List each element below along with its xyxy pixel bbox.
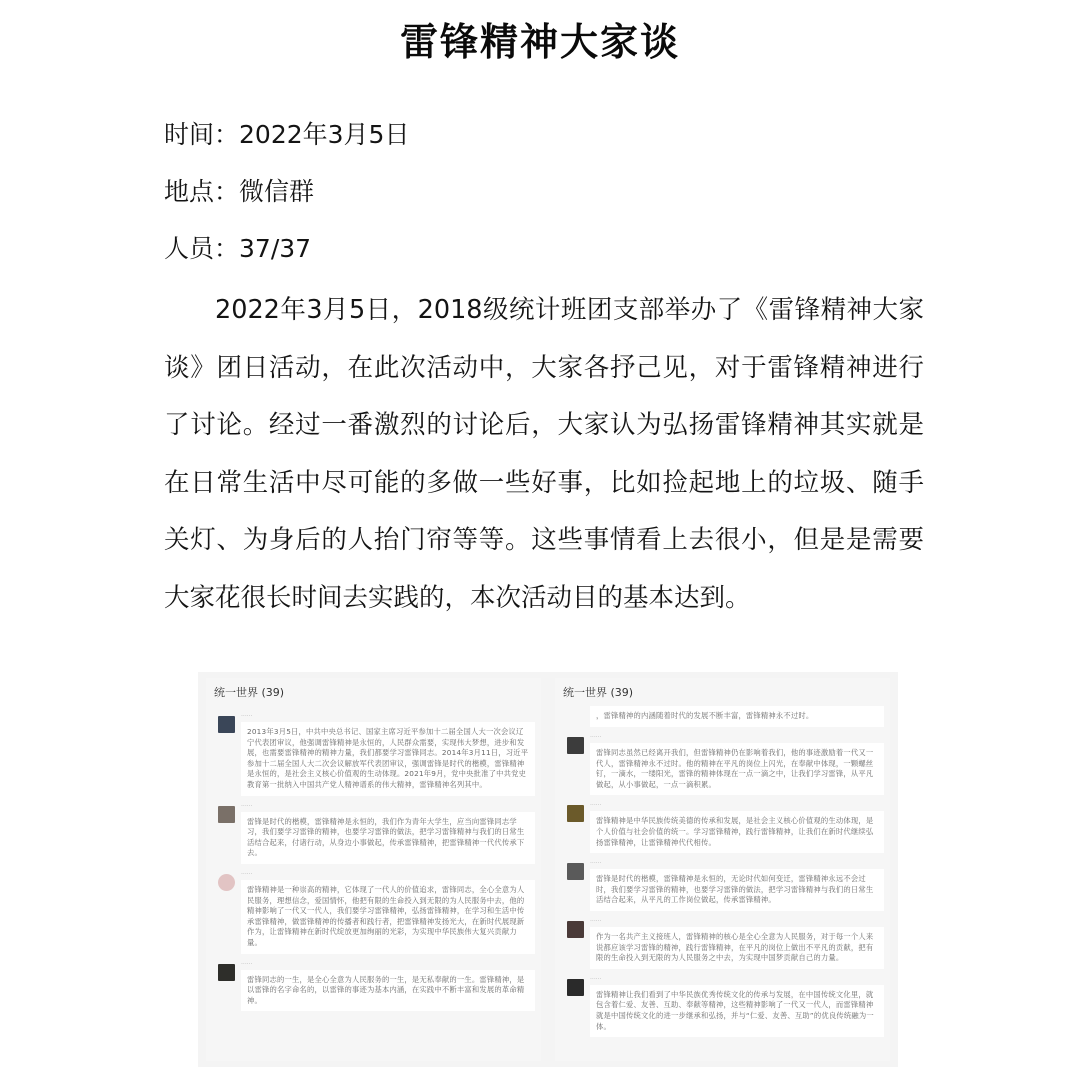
chat-message: ······ 2013年3月5日，中共中央总书记、国家主席习近平参加十二届全国人… <box>218 712 535 796</box>
chat-screenshot: 统一世界 (39) ······ 2013年3月5日，中共中央总书记、国家主席习… <box>198 672 898 1067</box>
chat-message: ······ 雷锋精神是一种崇高的精神，它体现了一代人的价值追求，雷锋同志，全心… <box>218 870 535 954</box>
sender-name: ······ <box>590 733 884 743</box>
sender-name: ······ <box>241 802 535 812</box>
avatar <box>567 921 584 938</box>
summary-text: 2022年3月5日，2018级统计班团支部举办了《雷锋精神大家谈》团日活动，在此… <box>164 282 924 627</box>
sender-name: ······ <box>590 975 884 985</box>
meta-attendance-value: 37/37 <box>239 234 311 263</box>
chat-panel-left: 统一世界 (39) ······ 2013年3月5日，中共中央总书记、国家主席习… <box>206 678 541 1061</box>
meta-attendance-label: 人员： <box>164 234 239 263</box>
chat-message: ······ 雷锋是时代的楷模，雷锋精神是永恒的，我们作为青年大学生，应当向雷锋… <box>218 802 535 864</box>
meta-location-label: 地点： <box>164 177 239 206</box>
sender-name: ······ <box>241 960 535 970</box>
chat-message: ······ 雷锋同志的一生，是全心全意为人民服务的一生，是无私奉献的一生。雷锋… <box>218 960 535 1012</box>
avatar <box>218 964 235 981</box>
avatar <box>218 806 235 823</box>
chat-message: ······ 雷锋精神是中华民族传统美德的传承和发展，是社会主义核心价值观的生动… <box>567 801 884 853</box>
chat-message: ······ 作为一名共产主义接班人，雷锋精神的核心是全心全意为人民服务，对于每… <box>567 917 884 969</box>
message-bubble: 雷锋同志的一生，是全心全意为人民服务的一生，是无私奉献的一生。雷锋精神，是以雷锋… <box>241 970 535 1012</box>
avatar <box>567 863 584 880</box>
sender-name: ······ <box>241 712 535 722</box>
sender-name: ······ <box>590 917 884 927</box>
message-bubble: 雷锋精神让我们看到了中华民族优秀传统文化的传承与发展，在中国传统文化里，就包含着… <box>590 985 884 1037</box>
meta-time-label: 时间： <box>164 120 239 149</box>
avatar <box>567 979 584 996</box>
chat-panel-right-title: 统一世界 (39) <box>555 678 890 706</box>
summary-paragraph: 2022年3月5日，2018级统计班团支部举办了《雷锋精神大家谈》团日活动，在此… <box>164 282 924 627</box>
meta-time: 时间：2022年3月5日 <box>164 118 409 152</box>
avatar <box>218 716 235 733</box>
meta-location-value: 微信群 <box>239 177 314 206</box>
message-bubble: 作为一名共产主义接班人，雷锋精神的核心是全心全意为人民服务，对于每一个人来说都应… <box>590 927 884 969</box>
message-bubble: 雷锋精神是一种崇高的精神，它体现了一代人的价值追求，雷锋同志，全心全意为人民服务… <box>241 880 535 954</box>
chat-message: ······ 雷锋是时代的楷模，雷锋精神是永恒的，无论时代如何变迁，雷锋精神永远… <box>567 859 884 911</box>
chat-panel-left-title: 统一世界 (39) <box>206 678 541 706</box>
avatar <box>567 805 584 822</box>
message-bubble: 雷锋是时代的楷模，雷锋精神是永恒的，无论时代如何变迁，雷锋精神永远不会过时，我们… <box>590 869 884 911</box>
chat-panel-right: 统一世界 (39) ，雷锋精神的内涵随着时代的发展不断丰富，雷锋精神永不过时。 … <box>555 678 890 1061</box>
meta-location: 地点：微信群 <box>164 175 314 209</box>
meta-attendance: 人员：37/37 <box>164 232 311 266</box>
message-bubble: 雷锋是时代的楷模，雷锋精神是永恒的，我们作为青年大学生，应当向雷锋同志学习，我们… <box>241 812 535 864</box>
meta-time-value: 2022年3月5日 <box>239 120 409 149</box>
message-bubble: 雷锋同志虽然已经离开我们，但雷锋精神仍在影响着我们，他的事迹激励着一代又一代人，… <box>590 743 884 795</box>
message-bubble: 2013年3月5日，中共中央总书记、国家主席习近平参加十二届全国人大一次会议辽宁… <box>241 722 535 796</box>
chat-message: ······ 雷锋精神让我们看到了中华民族优秀传统文化的传承与发展，在中国传统文… <box>567 975 884 1037</box>
chat-message: ，雷锋精神的内涵随着时代的发展不断丰富，雷锋精神永不过时。 <box>567 706 884 727</box>
message-bubble: ，雷锋精神的内涵随着时代的发展不断丰富，雷锋精神永不过时。 <box>590 706 884 727</box>
document-title: 雷锋精神大家谈 <box>0 14 1080 70</box>
sender-name: ······ <box>241 870 535 880</box>
sender-name: ······ <box>590 859 884 869</box>
avatar <box>567 737 584 754</box>
message-bubble: 雷锋精神是中华民族传统美德的传承和发展，是社会主义核心价值观的生动体现，是个人价… <box>590 811 884 853</box>
chat-message: ······ 雷锋同志虽然已经离开我们，但雷锋精神仍在影响着我们，他的事迹激励着… <box>567 733 884 795</box>
sender-name: ······ <box>590 801 884 811</box>
avatar <box>218 874 235 891</box>
